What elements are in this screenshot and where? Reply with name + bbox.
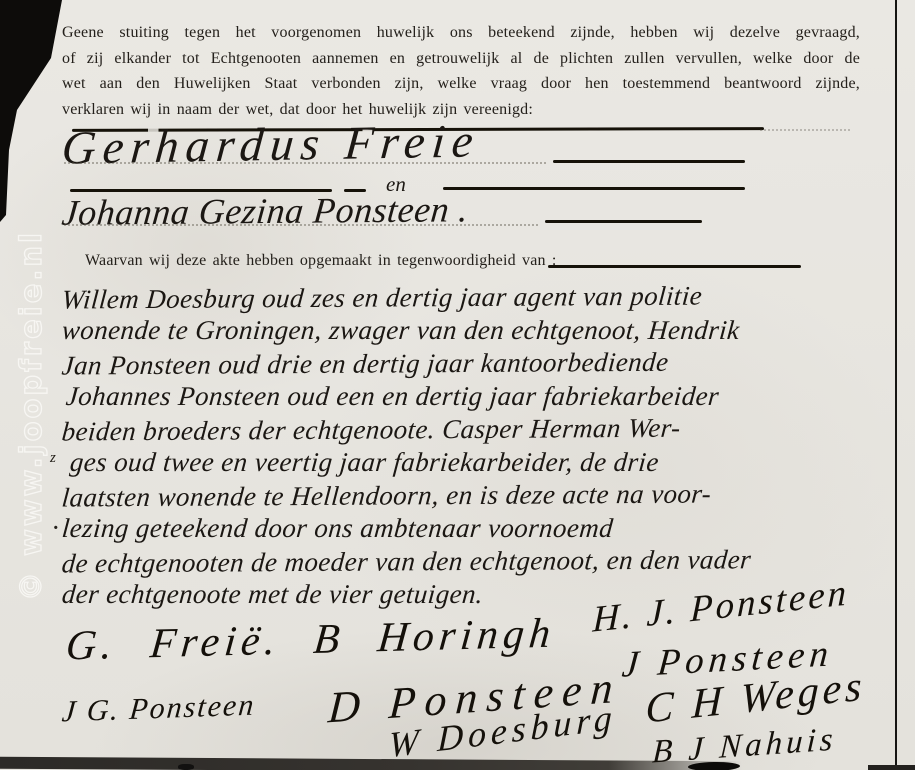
scan-corner-shadow [0, 0, 66, 222]
ruled-line [548, 265, 801, 268]
margin-mark: . [54, 512, 59, 535]
handwritten-line: lezing geteekend door ons ambtenaar voor… [61, 512, 884, 545]
scan-bottom-mark [178, 764, 194, 770]
ruled-line [553, 160, 745, 163]
bride-name: Johanna Gezina Ponsteen . [60, 188, 470, 234]
signature-jg-ponsteen: J G. Ponsteen [61, 689, 257, 730]
handwritten-line: Willem Doesburg oud zes en dertig jaar a… [60, 278, 883, 316]
margin-mark: z [50, 450, 56, 467]
scan-corner-mark [868, 765, 915, 770]
handwritten-line: beiden broeders der echtgenoote. Casper … [60, 410, 883, 448]
handwritten-line: Johannes Ponsteen oud een en dertig jaar… [65, 380, 884, 413]
handwritten-line: laatsten wonende te Hellendoorn, en is d… [60, 476, 883, 514]
document-scan: © www.joopfreie.nl Geene stuiting tegen … [0, 0, 915, 770]
ruled-line [443, 187, 745, 190]
watermark-text: © www.joopfreie.nl [14, 230, 48, 601]
scan-border-line [895, 0, 897, 770]
printed-intro-line: of zij elkander tot Echtgenooten aanneme… [62, 46, 860, 72]
ruled-line [545, 220, 702, 223]
printed-intro-paragraph: Geene stuiting tegen het voorgenomen huw… [62, 20, 860, 122]
printed-intro-line: Geene stuiting tegen het voorgenomen huw… [62, 20, 860, 46]
handwritten-body: Willem Doesburg oud zes en dertig jaar a… [62, 281, 882, 611]
signature-g-freie-b-horingh: G. Freië. B Horingh [64, 610, 558, 671]
scan-bottom-edge [0, 757, 742, 770]
handwritten-line: Jan Ponsteen oud drie en dertig jaar kan… [60, 344, 883, 382]
ruled-line-dotted [760, 129, 850, 131]
witness-intro: Waarvan wij deze akte hebben opgemaakt i… [85, 252, 557, 270]
ruled-line-dotted [64, 162, 546, 164]
handwritten-line: ges oud twee en veertig jaar fabriekarbe… [69, 446, 884, 479]
printed-intro-line: wet aan den Huwelijken Staat verbonden z… [62, 71, 860, 97]
handwritten-line: de echtgenooten de moeder van den echtge… [60, 542, 883, 580]
handwritten-line: wonende te Groningen, zwager van den ech… [61, 314, 884, 347]
groom-name: Gerhardus Freie [60, 114, 483, 175]
ruled-line-dotted [64, 224, 538, 226]
